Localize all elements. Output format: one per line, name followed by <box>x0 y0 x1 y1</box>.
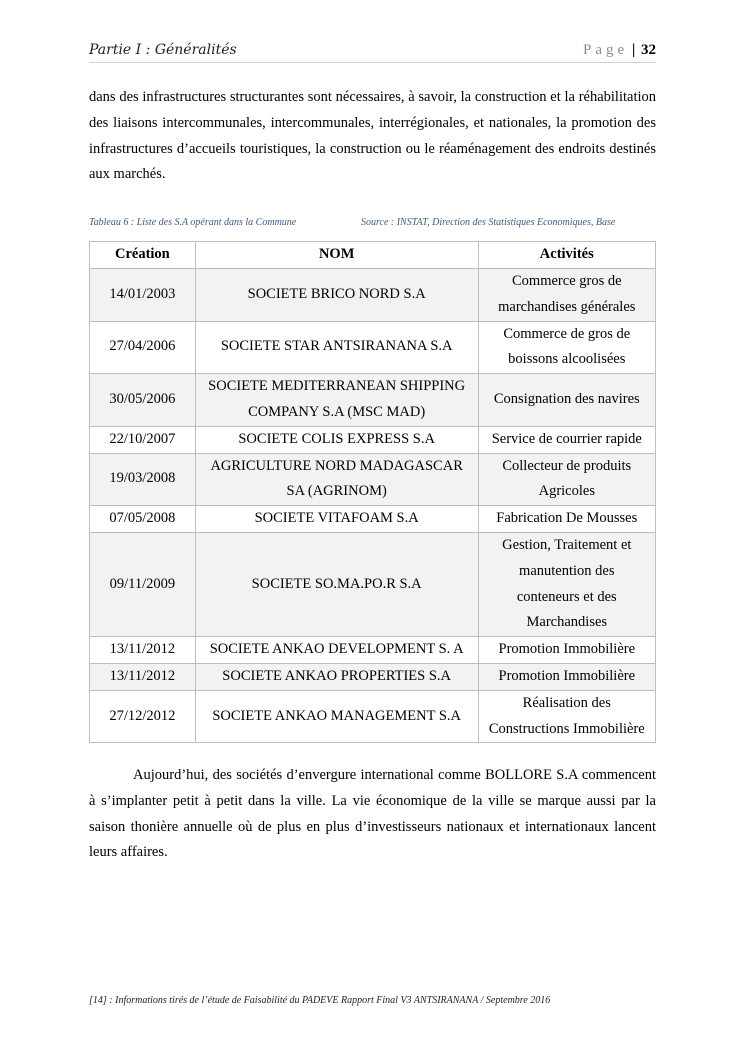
cell-name: SOCIETE STAR ANTSIRANANA S.A <box>195 321 478 374</box>
cell-activity: Commerce de gros de boissons alcoolisées <box>478 321 655 374</box>
cell-date: 13/11/2012 <box>90 663 196 690</box>
table-source: Source : INSTAT, Direction des Statistiq… <box>361 217 615 228</box>
cell-date: 27/12/2012 <box>90 690 196 743</box>
section-title: Partie I : Généralités <box>89 42 237 58</box>
cell-name: SOCIETE ANKAO DEVELOPMENT S. A <box>195 637 478 664</box>
cell-date: 07/05/2008 <box>90 506 196 533</box>
table-row: 22/10/2007 SOCIETE COLIS EXPRESS S.A Ser… <box>90 426 656 453</box>
companies-table: Création NOM Activités 14/01/2003 SOCIET… <box>89 241 656 743</box>
cell-name: SOCIETE BRICO NORD S.A <box>195 269 478 322</box>
table-header-row: Création NOM Activités <box>90 242 656 269</box>
cell-name: SOCIETE VITAFOAM S.A <box>195 506 478 533</box>
cell-activity: Gestion, Traitement et manutention des c… <box>478 532 655 636</box>
table-caption: Tableau 6 : Liste des S.A opérant dans l… <box>89 217 296 228</box>
cell-name: SOCIETE COLIS EXPRESS S.A <box>195 426 478 453</box>
cell-name: SOCIETE ANKAO MANAGEMENT S.A <box>195 690 478 743</box>
cell-date: 19/03/2008 <box>90 453 196 506</box>
table-row: 27/04/2006 SOCIETE STAR ANTSIRANANA S.A … <box>90 321 656 374</box>
cell-activity: Consignation des navires <box>478 374 655 427</box>
column-header-activites: Activités <box>478 242 655 269</box>
cell-name: SOCIETE SO.MA.PO.R S.A <box>195 532 478 636</box>
table-row: 27/12/2012 SOCIETE ANKAO MANAGEMENT S.A … <box>90 690 656 743</box>
intro-paragraph: dans des infrastructures structurantes s… <box>89 85 656 188</box>
table-row: 13/11/2012 SOCIETE ANKAO PROPERTIES S.A … <box>90 663 656 690</box>
cell-date: 09/11/2009 <box>90 532 196 636</box>
page-indicator: Page | 32 <box>583 42 656 59</box>
table-row: 07/05/2008 SOCIETE VITAFOAM S.A Fabricat… <box>90 506 656 533</box>
page-header: Partie I : Généralités Page | 32 <box>89 40 656 63</box>
cell-activity: Collecteur de produits Agricoles <box>478 453 655 506</box>
column-header-creation: Création <box>90 242 196 269</box>
page-label: Page <box>583 42 628 58</box>
cell-date: 14/01/2003 <box>90 269 196 322</box>
page-number: 32 <box>641 42 656 58</box>
page-separator: | <box>632 42 635 58</box>
cell-date: 13/11/2012 <box>90 637 196 664</box>
cell-date: 30/05/2006 <box>90 374 196 427</box>
cell-activity: Réalisation des Constructions Immobilièr… <box>478 690 655 743</box>
table-row: 30/05/2006 SOCIETE MEDITERRANEAN SHIPPIN… <box>90 374 656 427</box>
table-row: 09/11/2009 SOCIETE SO.MA.PO.R S.A Gestio… <box>90 532 656 636</box>
cell-activity: Promotion Immobilière <box>478 663 655 690</box>
cell-activity: Fabrication De Mousses <box>478 506 655 533</box>
conclusion-paragraph: Aujourd’hui, des sociétés d’envergure in… <box>89 763 656 866</box>
cell-activity: Promotion Immobilière <box>478 637 655 664</box>
table-row: 13/11/2012 SOCIETE ANKAO DEVELOPMENT S. … <box>90 637 656 664</box>
footnote: [14] : Informations tirés de l’étude de … <box>89 995 550 1006</box>
cell-name: SOCIETE MEDITERRANEAN SHIPPING COMPANY S… <box>195 374 478 427</box>
cell-name: AGRICULTURE NORD MADAGASCAR SA (AGRINOM) <box>195 453 478 506</box>
cell-activity: Service de courrier rapide <box>478 426 655 453</box>
cell-activity: Commerce gros de marchandises générales <box>478 269 655 322</box>
cell-date: 22/10/2007 <box>90 426 196 453</box>
cell-date: 27/04/2006 <box>90 321 196 374</box>
column-header-nom: NOM <box>195 242 478 269</box>
cell-name: SOCIETE ANKAO PROPERTIES S.A <box>195 663 478 690</box>
table-row: 19/03/2008 AGRICULTURE NORD MADAGASCAR S… <box>90 453 656 506</box>
table-row: 14/01/2003 SOCIETE BRICO NORD S.A Commer… <box>90 269 656 322</box>
